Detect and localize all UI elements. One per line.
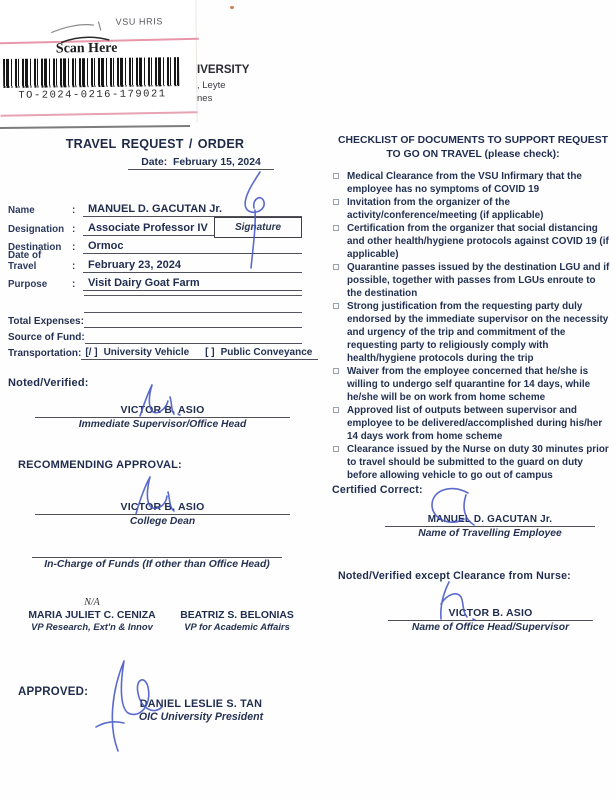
certified-correct-label: Certified Correct: bbox=[332, 484, 423, 496]
scan-artifact-dot bbox=[230, 6, 234, 9]
checklist-item-text: Medical Clearance from the VSU Infirmary… bbox=[347, 170, 611, 196]
transportation-options: [/ ]University Vehicle[ ]Public Conveyan… bbox=[81, 347, 318, 360]
checkbox-icon bbox=[333, 225, 339, 231]
source-of-fund-blank bbox=[85, 343, 302, 344]
checkbox-icon bbox=[333, 173, 339, 179]
checklist-item-text: Clearance issued by the Nurse on duty 30… bbox=[347, 443, 611, 482]
checklist-items: Medical Clearance from the VSU Infirmary… bbox=[333, 170, 611, 482]
letterhead-country-fragment: nes bbox=[197, 93, 212, 104]
supervisor-title: Immediate Supervisor/Office Head bbox=[35, 419, 290, 430]
checkbox-icon bbox=[333, 368, 339, 374]
purpose-field-label: Purpose bbox=[8, 279, 72, 291]
checklist-item-text: Quarantine passes issued by the destinat… bbox=[347, 261, 611, 300]
signature-scribble-supervisor bbox=[128, 383, 183, 419]
signature-line bbox=[385, 526, 595, 527]
purpose-field-row: Purpose : Visit Dairy Goat Farm bbox=[8, 273, 302, 291]
signature-line bbox=[32, 557, 282, 558]
checkbox-icon bbox=[333, 199, 339, 205]
travelling-employee-caption: Name of Travelling Employee bbox=[385, 528, 595, 539]
employee-signature-block: MANUEL D. GACUTAN Jr. Name of Travelling… bbox=[385, 514, 595, 539]
signature-scribble-president bbox=[88, 655, 173, 755]
signature-scribble-certified-correct bbox=[420, 483, 485, 531]
checklist-item: Medical Clearance from the VSU Infirmary… bbox=[333, 170, 611, 196]
checkbox-icon bbox=[333, 407, 339, 413]
source-of-fund-row: Source of Fund: bbox=[8, 331, 302, 344]
checklist-item: Approved list of outputs between supervi… bbox=[333, 404, 611, 443]
checkbox-icon bbox=[333, 264, 339, 270]
total-expenses-row: Total Expenses: bbox=[8, 315, 302, 328]
vsu-hris-scan-sticker: VSU HRIS Scan Here TO-2024-0216-179021 bbox=[0, 0, 198, 124]
purpose-extra-line bbox=[84, 295, 302, 296]
office-head-caption: Name of Office Head/Supervisor bbox=[388, 622, 593, 633]
checklist-item: Certification from the organizer that so… bbox=[333, 222, 611, 261]
checkbox-icon bbox=[333, 446, 339, 452]
checklist-title: CHECKLIST OF DOCUMENTS TO SUPPORT REQUES… bbox=[330, 134, 616, 162]
dean-title: College Dean bbox=[35, 516, 290, 527]
approved-label: APPROVED: bbox=[18, 686, 88, 698]
designation-field-label: Designation bbox=[8, 224, 72, 236]
vp-academic-title: VP for Academic Affairs bbox=[172, 621, 302, 632]
scanned-travel-request-document: { "colors": { "text_navy": "#233252", "s… bbox=[0, 0, 616, 801]
transportation-row: Transportation: [/ ]University Vehicle[ … bbox=[8, 347, 302, 360]
field-colon: : bbox=[72, 242, 83, 254]
public-conveyance-checkbox-empty: [ ] bbox=[205, 347, 214, 358]
field-colon: : bbox=[72, 224, 83, 236]
checklist-item-text: Certification from the organizer that so… bbox=[347, 222, 611, 261]
checklist-item: Clearance issued by the Nurse on duty 30… bbox=[333, 443, 611, 482]
office-head-signature-block: VICTOR B. ASIO Name of Office Head/Super… bbox=[388, 607, 593, 633]
checklist-item-text: Invitation from the organizer of the act… bbox=[347, 196, 611, 222]
barcode-number: TO-2024-0216-179021 bbox=[18, 88, 166, 102]
noted-verified-label: Noted/Verified: bbox=[8, 377, 89, 389]
vp-academic-block: BEATRIZ S. BELONIAS VP for Academic Affa… bbox=[172, 610, 302, 632]
university-vehicle-checkbox-marked: [/ ] bbox=[85, 347, 97, 358]
transportation-label: Transportation: bbox=[8, 348, 81, 360]
vp-research-name: MARIA JULIET C. CENIZA bbox=[12, 610, 172, 621]
sticker-system-label: VSU HRIS bbox=[116, 16, 163, 26]
checklist-item: Invitation from the organizer of the act… bbox=[333, 196, 611, 222]
checklist-item-text: Approved list of outputs between supervi… bbox=[347, 404, 611, 443]
signature-scribble-requester bbox=[222, 166, 282, 274]
date-of-travel-field-label: Date of Travel bbox=[8, 250, 72, 273]
signature-scribble-office-head bbox=[425, 578, 480, 624]
checklist-item-text: Waiver from the employee concerned that … bbox=[347, 365, 611, 404]
sticker-edge-artifact bbox=[0, 125, 190, 129]
vp-research-block: N/A MARIA JULIET C. CENIZA VP Research, … bbox=[12, 597, 172, 632]
field-colon: : bbox=[72, 205, 83, 217]
name-field-label: Name bbox=[8, 205, 72, 217]
vp-research-title: VP Research, Ext'n & Innov bbox=[12, 621, 172, 632]
checklist-item-text: Strong justification from the requesting… bbox=[347, 300, 611, 365]
checklist-title-line1: CHECKLIST OF DOCUMENTS TO SUPPORT REQUES… bbox=[330, 134, 616, 148]
public-conveyance-option-label: Public Conveyance bbox=[221, 347, 313, 358]
travelling-employee-name: MANUEL D. GACUTAN Jr. bbox=[385, 514, 595, 525]
letterhead-university-fragment: IVERSITY bbox=[197, 64, 249, 76]
barcode-image bbox=[3, 57, 179, 88]
na-annotation: N/A bbox=[12, 597, 172, 608]
travel-request-title: TRAVEL REQUEST / ORDER bbox=[10, 137, 300, 151]
checklist-item: Strong justification from the requesting… bbox=[333, 300, 611, 365]
funds-in-charge-block: In-Charge of Funds (If other than Office… bbox=[32, 556, 282, 570]
vp-academic-name: BEATRIZ S. BELONIAS bbox=[172, 610, 302, 621]
scan-here-label: Scan Here bbox=[56, 41, 118, 58]
university-vehicle-option-label: University Vehicle bbox=[104, 347, 190, 358]
recommending-approval-label: RECOMMENDING APPROVAL: bbox=[18, 459, 182, 471]
field-colon: : bbox=[72, 261, 83, 273]
checklist-title-line2: TO GO ON TRAVEL (please check): bbox=[330, 148, 616, 162]
source-of-fund-label: Source of Fund: bbox=[8, 332, 85, 344]
total-expenses-label: Total Expenses: bbox=[8, 316, 84, 328]
purpose-field-value: Visit Dairy Goat Farm bbox=[83, 277, 302, 291]
signature-scribble-dean bbox=[122, 474, 180, 516]
signature-line bbox=[388, 620, 593, 621]
field-colon: : bbox=[72, 279, 83, 291]
purpose-extra-line bbox=[84, 312, 302, 313]
sticker-bottom-rule bbox=[1, 111, 198, 116]
checklist-item: Quarantine passes issued by the destinat… bbox=[333, 261, 611, 300]
office-head-name: VICTOR B. ASIO bbox=[388, 607, 593, 619]
checklist-item: Waiver from the employee concerned that … bbox=[333, 365, 611, 404]
total-expenses-blank bbox=[84, 327, 302, 328]
funds-caption: In-Charge of Funds (If other than Office… bbox=[32, 559, 282, 570]
date-label: Date: bbox=[141, 157, 167, 168]
letterhead-address-fragment: , Leyte bbox=[197, 80, 226, 91]
vp-signatories: N/A MARIA JULIET C. CENIZA VP Research, … bbox=[12, 597, 304, 632]
checkbox-icon bbox=[333, 303, 339, 309]
